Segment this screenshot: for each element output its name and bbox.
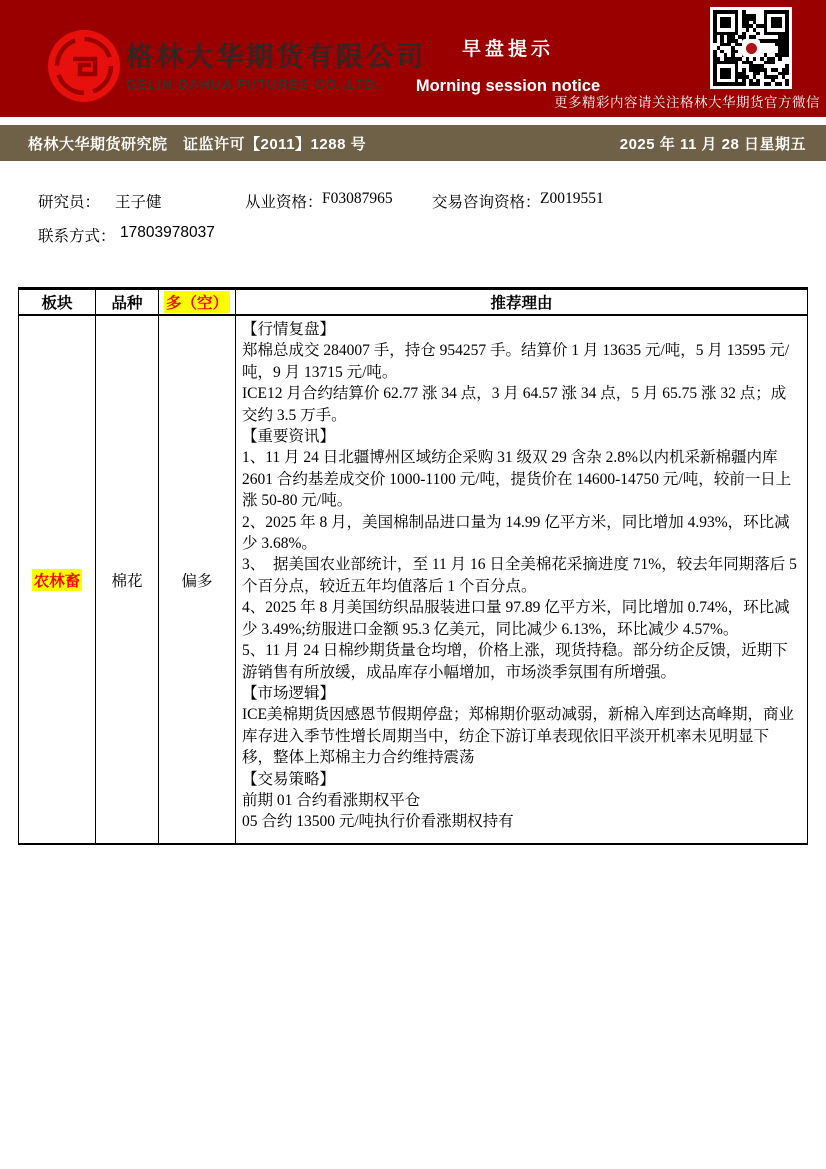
company-logo-icon <box>46 28 122 104</box>
reason-line: 【市场逻辑】 <box>242 683 799 704</box>
cell-reasons: 【行情复盘】 郑棉总成交 284007 手，持仓 954257 手。结算价 1 … <box>236 316 807 843</box>
col-header-bias-label: 多（空） <box>164 291 230 313</box>
advisory-number: Z0019551 <box>540 190 604 208</box>
qr-center-logo-icon <box>742 39 760 57</box>
wechat-qr-code <box>710 7 792 89</box>
researcher-block: 研究员： 王子健 从业资格： F03087965 交易咨询资格： Z001955… <box>0 185 826 255</box>
company-name-block: 格林大华期货有限公司 GELIN DAHUA FUTURES CO.,LTD. <box>126 42 426 95</box>
cell-bias: 偏多 <box>159 316 236 843</box>
col-header-sector: 板块 <box>19 290 96 316</box>
reason-line: ICE12 月合约结算价 62.77 涨 34 点，3 月 64.57 涨 34… <box>242 383 799 426</box>
reason-line: 5、11 月 24 日棉纱期货量仓均增，价格上涨，现货持稳。部分纺企反馈，近期下… <box>242 640 799 683</box>
cell-variety: 棉花 <box>96 316 159 843</box>
report-date: 2025 年 11 月 28 日星期五 <box>620 133 806 154</box>
col-header-variety: 品种 <box>96 290 159 316</box>
col-header-reason: 推荐理由 <box>236 290 807 316</box>
notice-title-block: 早盘提示 Morning session notice <box>408 34 608 96</box>
researcher-name-label: 研究员： <box>38 190 100 212</box>
notice-title-cn: 早盘提示 <box>408 34 608 61</box>
contact-label: 联系方式： <box>38 224 116 246</box>
cert-label: 从业资格： <box>245 190 323 212</box>
wechat-note: 更多精彩内容请关注格林大华期货官方微信 <box>420 91 820 111</box>
reason-line: 3、 据美国农业部统计，至 11 月 16 日全美棉花采摘进度 71%，较去年同… <box>242 554 799 597</box>
sector-badge: 农林畜 <box>32 569 83 591</box>
contact-number: 17803978037 <box>120 224 215 242</box>
reason-line: 2、2025 年 8 月，美国棉制品进口量为 14.99 亿平方米，同比增加 4… <box>242 512 799 555</box>
masthead: 格林大华期货有限公司 GELIN DAHUA FUTURES CO.,LTD. … <box>0 0 826 117</box>
morning-notice-page: 格林大华期货有限公司 GELIN DAHUA FUTURES CO.,LTD. … <box>0 0 826 1169</box>
reason-line: 郑棉总成交 284007 手，持仓 954257 手。结算价 1 月 13635… <box>242 340 799 383</box>
advisory-label: 交易咨询资格： <box>432 190 541 212</box>
company-name-cn: 格林大华期货有限公司 <box>126 42 426 72</box>
reason-line: 前期 01 合约看涨期权平仓 <box>242 790 799 811</box>
institute-license-text: 格林大华期货研究院 证监许可【2011】1288 号 <box>28 133 366 154</box>
reason-line: 4、2025 年 8 月美国纺织品服装进口量 97.89 亿平方米，同比增加 0… <box>242 597 799 640</box>
reason-line: ICE美棉期货因感恩节假期停盘；郑棉期价驱动减弱，新棉入库到达高峰期，商业库存进… <box>242 704 799 768</box>
researcher-name: 王子健 <box>115 190 162 212</box>
reason-line: 05 合约 13500 元/吨执行价看涨期权持有 <box>242 811 799 832</box>
col-header-bias: 多（空） <box>159 290 236 316</box>
reason-line: 【行情复盘】 <box>242 319 799 340</box>
info-bar: 格林大华期货研究院 证监许可【2011】1288 号 2025 年 11 月 2… <box>0 125 826 161</box>
reason-line: 1、11 月 24 日北疆博州区域纺企采购 31 级双 29 含杂 2.8%以内… <box>242 447 799 511</box>
reason-line: 【交易策略】 <box>242 769 799 790</box>
company-name-en: GELIN DAHUA FUTURES CO.,LTD. <box>126 75 426 95</box>
recommendation-table: 板块 品种 多（空） 推荐理由 农林畜 棉花 偏多 【行情复盘】 郑棉总成交 2… <box>18 287 808 845</box>
reason-line: 【重要资讯】 <box>242 426 799 447</box>
cell-sector: 农林畜 <box>19 316 96 843</box>
cert-number: F03087965 <box>322 190 393 208</box>
